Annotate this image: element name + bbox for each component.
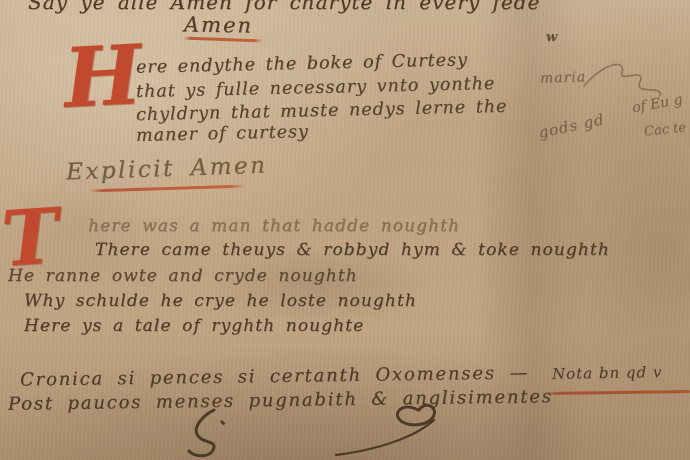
- colophon-line-4: maner of curtesy: [136, 122, 309, 146]
- latin-line-2: Post paucos menses pugnabith & anglisime…: [8, 386, 553, 415]
- bottom-flourish-left: [182, 408, 240, 460]
- margin-note-cac: Cac te i: [643, 119, 690, 139]
- verse-line-1: here was a man that hadde noughth: [88, 216, 460, 236]
- red-underline-explicit: [88, 185, 246, 193]
- bottom-flourish-right: [332, 398, 457, 458]
- text-line-say-ye-amen: Say ye alle Amen for charyte in every fe…: [28, 0, 540, 14]
- margin-note-nota-bene: Nota bn qd v: [552, 363, 663, 383]
- verse-line-5: Here ys a tale of ryghth noughte: [24, 316, 364, 336]
- red-underline-nota-bene: [545, 390, 690, 395]
- colophon-line-3: chyldryn that muste nedys lerne the: [136, 97, 508, 125]
- manuscript-page: Say ye alle Amen for charyte in every fe…: [0, 0, 690, 460]
- colophon-line-1: ere endythe the boke of Curtesy: [136, 50, 468, 78]
- verse-line-3: He ranne owte and cryde noughth: [8, 266, 358, 286]
- margin-flourish: [580, 56, 680, 102]
- text-line-explicit-amen: Explicit Amen: [66, 152, 268, 185]
- verse-line-2: There came theuys & robbyd hym & toke no…: [95, 240, 610, 260]
- text-line-amen: Amen: [184, 12, 253, 37]
- rubricated-initial-h: H: [62, 34, 144, 120]
- margin-pen-mark: w: [546, 30, 557, 45]
- verse-line-4: Why schulde he crye he loste noughth: [24, 291, 417, 311]
- margin-note-gods: gods gd: [537, 110, 606, 142]
- latin-line-1: Cronica si pences si certanth Oxomenses …: [20, 362, 529, 390]
